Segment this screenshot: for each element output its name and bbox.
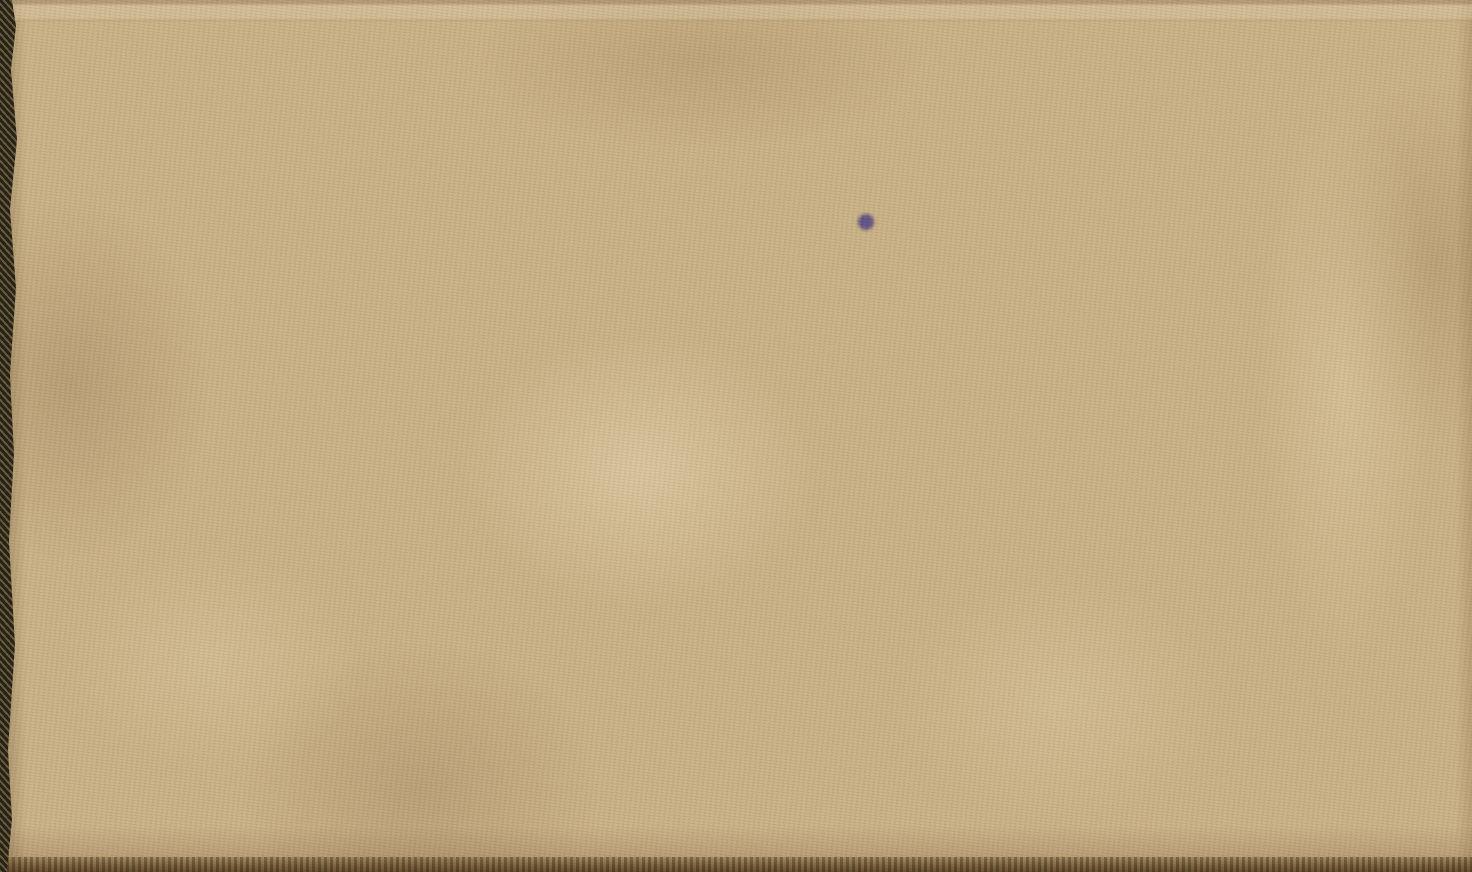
typewriter-line-2-mirrored [0, 189, 1462, 199]
ink-blob [858, 214, 874, 230]
paper-grain [0, 0, 1472, 872]
typewriter-line-4-mirrored-left [0, 338, 730, 342]
paper-bottom-edge [0, 857, 1472, 872]
typewriter-line-5-mirrored [330, 399, 1155, 402]
typewriter-line-1-normal [765, 118, 1230, 122]
typewriter-line-4-normal [740, 344, 1115, 347]
typewriter-line-1-mirrored [15, 107, 725, 117]
typewriter-line-3-normal [735, 267, 1240, 273]
paper-sheet [0, 0, 1472, 872]
typewriter-line-6-mirrored [228, 444, 808, 447]
scanned-document-photo [0, 0, 1472, 872]
typewriter-line-8-mirrored [48, 567, 1013, 577]
typewriter-line-7-normal [16, 503, 696, 517]
typewriter-line-3-mirrored [2, 264, 697, 268]
paper-top-edge [0, 0, 1472, 22]
